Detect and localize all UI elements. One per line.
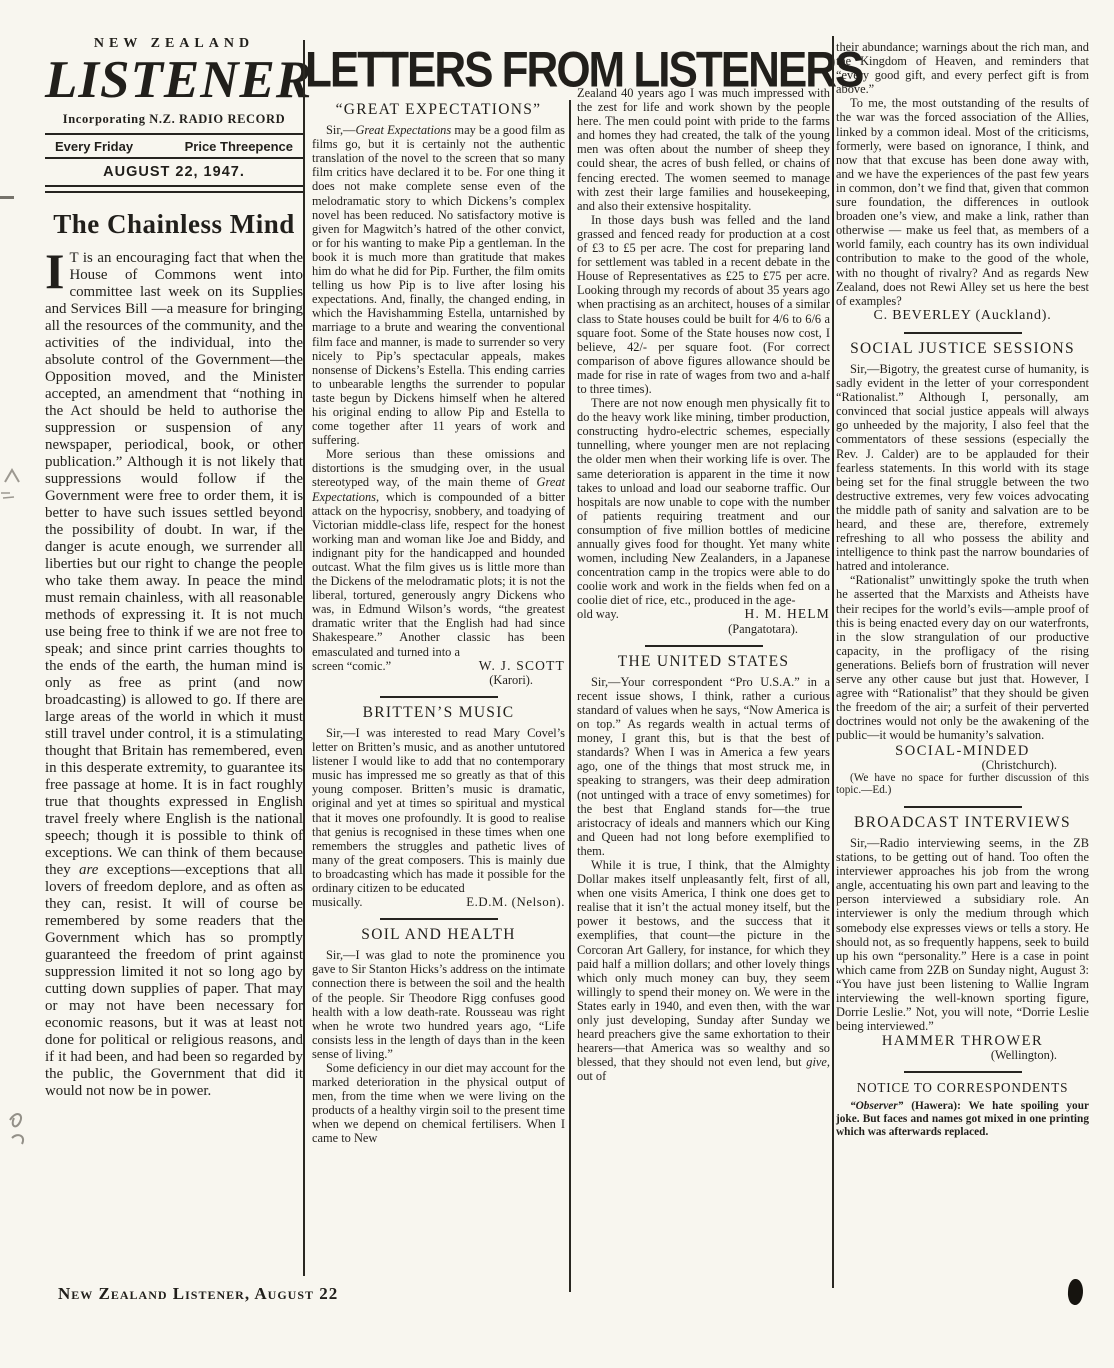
letter-text: may be a good film as films go, but it i… xyxy=(312,123,565,447)
letter-separator xyxy=(904,332,1022,334)
masthead-frequency: Every Friday xyxy=(55,139,133,154)
footer-page-number: 22 xyxy=(319,1284,338,1303)
signature-name: HAMMER THROWER xyxy=(836,1034,1089,1048)
letter-paragraph-continued: their abundance; warnings about the rich… xyxy=(836,40,1089,96)
letter-paragraph: More serious than these omissions and di… xyxy=(312,447,565,658)
signature-lead: old way. xyxy=(577,607,619,621)
issue-date: AUGUST 22, 1947. xyxy=(45,159,303,184)
signature-lead: screen “comic.” xyxy=(312,659,391,673)
pencil-dash-mark xyxy=(0,490,20,500)
letter-heading-social-justice-sessions: SOCIAL JUSTICE SESSIONS xyxy=(836,342,1089,356)
masthead-and-editorial-column: NEW ZEALAND LISTENER Incorporating N.Z. … xyxy=(45,36,303,1100)
masthead-info-row: Every Friday Price Threepence xyxy=(45,135,303,157)
signature-name: H. M. HELM xyxy=(745,607,831,621)
signature-row: musically. E.D.M. (Nelson). xyxy=(312,895,565,909)
letter-text: More serious than these omissions and di… xyxy=(312,447,565,489)
editorial-text-1: T is an encouraging fact that when the H… xyxy=(45,250,303,878)
signature-location: (Wellington). xyxy=(836,1048,1089,1062)
letter-separator xyxy=(380,918,498,920)
letter-paragraph: Sir,—Radio interviewing seems, in the ZB… xyxy=(836,836,1089,1033)
letter-separator xyxy=(904,1071,1022,1073)
letters-column-3: their abundance; warnings about the rich… xyxy=(836,40,1089,1139)
editorial-title: The Chainless Mind xyxy=(45,209,303,240)
letter-paragraph: To me, the most outstanding of the resul… xyxy=(836,96,1089,307)
letter-text-italic: Great Expectations xyxy=(355,123,451,137)
masthead-price: Price Threepence xyxy=(185,139,293,154)
column-divider-1 xyxy=(303,40,305,1276)
letter-paragraph: There are not now enough men physically … xyxy=(577,396,830,607)
letter-heading-broadcast-interviews: BROADCAST INTERVIEWS xyxy=(836,816,1089,830)
signature-lead: musically. xyxy=(312,895,362,909)
editorial-dropcap: I xyxy=(45,250,69,291)
editorial-text-italic: are xyxy=(79,862,98,878)
letter-text: Sir,— xyxy=(326,123,355,137)
pencil-scribble-mark xyxy=(6,1108,32,1148)
letter-text: While it is true, I think, that the Almi… xyxy=(577,858,830,1069)
letter-paragraph: Sir,—I was interested to read Mary Covel… xyxy=(312,726,565,895)
footer-title: New Zealand Listener, August xyxy=(58,1284,319,1303)
pencil-caret-mark xyxy=(3,468,21,484)
letter-separator xyxy=(904,806,1022,808)
letter-heading-soil-and-health: SOIL AND HEALTH xyxy=(312,928,565,942)
letter-heading-the-united-states: THE UNITED STATES xyxy=(577,655,830,669)
letter-paragraph-continued: Zealand 40 years ago I was much impresse… xyxy=(577,86,830,213)
page-footer: New Zealand Listener, August 22 xyxy=(58,1284,338,1304)
column-divider-3 xyxy=(832,36,834,1288)
letters-column-1: “GREAT EXPECTATIONS” Sir,—Great Expectat… xyxy=(312,103,565,1146)
letter-text-italic: give xyxy=(806,1055,827,1069)
signature-name: W. J. SCOTT xyxy=(479,659,565,673)
letter-separator xyxy=(380,696,498,698)
letters-column-2: Zealand 40 years ago I was much impresse… xyxy=(577,86,830,1083)
letter-heading-great-expectations: “GREAT EXPECTATIONS” xyxy=(312,103,565,117)
editorial-body: IT is an encouraging fact that when the … xyxy=(45,250,303,1100)
newspaper-page: NEW ZEALAND LISTENER Incorporating N.Z. … xyxy=(0,0,1114,1368)
signature-location: (Karori). xyxy=(312,673,565,687)
letter-paragraph: While it is true, I think, that the Almi… xyxy=(577,858,830,1084)
letter-paragraph: In those days bush was felled and the la… xyxy=(577,213,830,396)
masthead-rule-bottom xyxy=(45,185,303,193)
scan-edge-mark xyxy=(0,196,14,199)
letter-paragraph: Sir,—Great Expectations may be a good fi… xyxy=(312,123,565,447)
editorial-text-2: exceptions—exceptions that all lovers of… xyxy=(45,862,303,1099)
masthead-kicker: NEW ZEALAND xyxy=(45,36,303,52)
signature-row: screen “comic.” W. J. SCOTT xyxy=(312,659,565,673)
notice-heading: NOTICE TO CORRESPONDENTS xyxy=(836,1081,1089,1095)
signature-location: (Pangatotara). xyxy=(577,622,830,636)
signature-row: old way. H. M. HELM xyxy=(577,607,830,621)
signature-name: SOCIAL-MINDED xyxy=(836,744,1089,758)
notice-text-italic: “Observer” xyxy=(850,1100,903,1112)
ink-blot-artifact xyxy=(1067,1279,1084,1306)
column-divider-2 xyxy=(569,100,571,1292)
letter-paragraph: Some deficiency in our diet may account … xyxy=(312,1061,565,1146)
letter-heading-brittens-music: BRITTEN’S MUSIC xyxy=(312,706,565,720)
signature-location: (Christchurch). xyxy=(836,758,1089,772)
masthead-subtitle: Incorporating N.Z. RADIO RECORD xyxy=(45,112,303,127)
letter-paragraph: Sir,—Your correspondent “Pro U.S.A.” in … xyxy=(577,675,830,858)
signature-name: C. BEVERLEY (Auckland). xyxy=(836,309,1089,323)
masthead-title: LISTENER xyxy=(45,53,303,107)
letter-paragraph: Sir,—I was glad to note the prominence y… xyxy=(312,948,565,1061)
letter-paragraph: “Rationalist” unwittingly spoke the trut… xyxy=(836,573,1089,742)
notice-body: “Observer” (Hawera): We hate spoiling yo… xyxy=(836,1100,1089,1139)
letter-separator xyxy=(645,645,763,647)
letter-text: , which is compounded of a bitter attack… xyxy=(312,490,565,659)
signature-name: E.D.M. (Nelson). xyxy=(466,895,565,909)
letter-paragraph: Sir,—Bigotry, the greatest curse of huma… xyxy=(836,362,1089,573)
editor-note: (We have no space for further discussion… xyxy=(836,772,1089,797)
